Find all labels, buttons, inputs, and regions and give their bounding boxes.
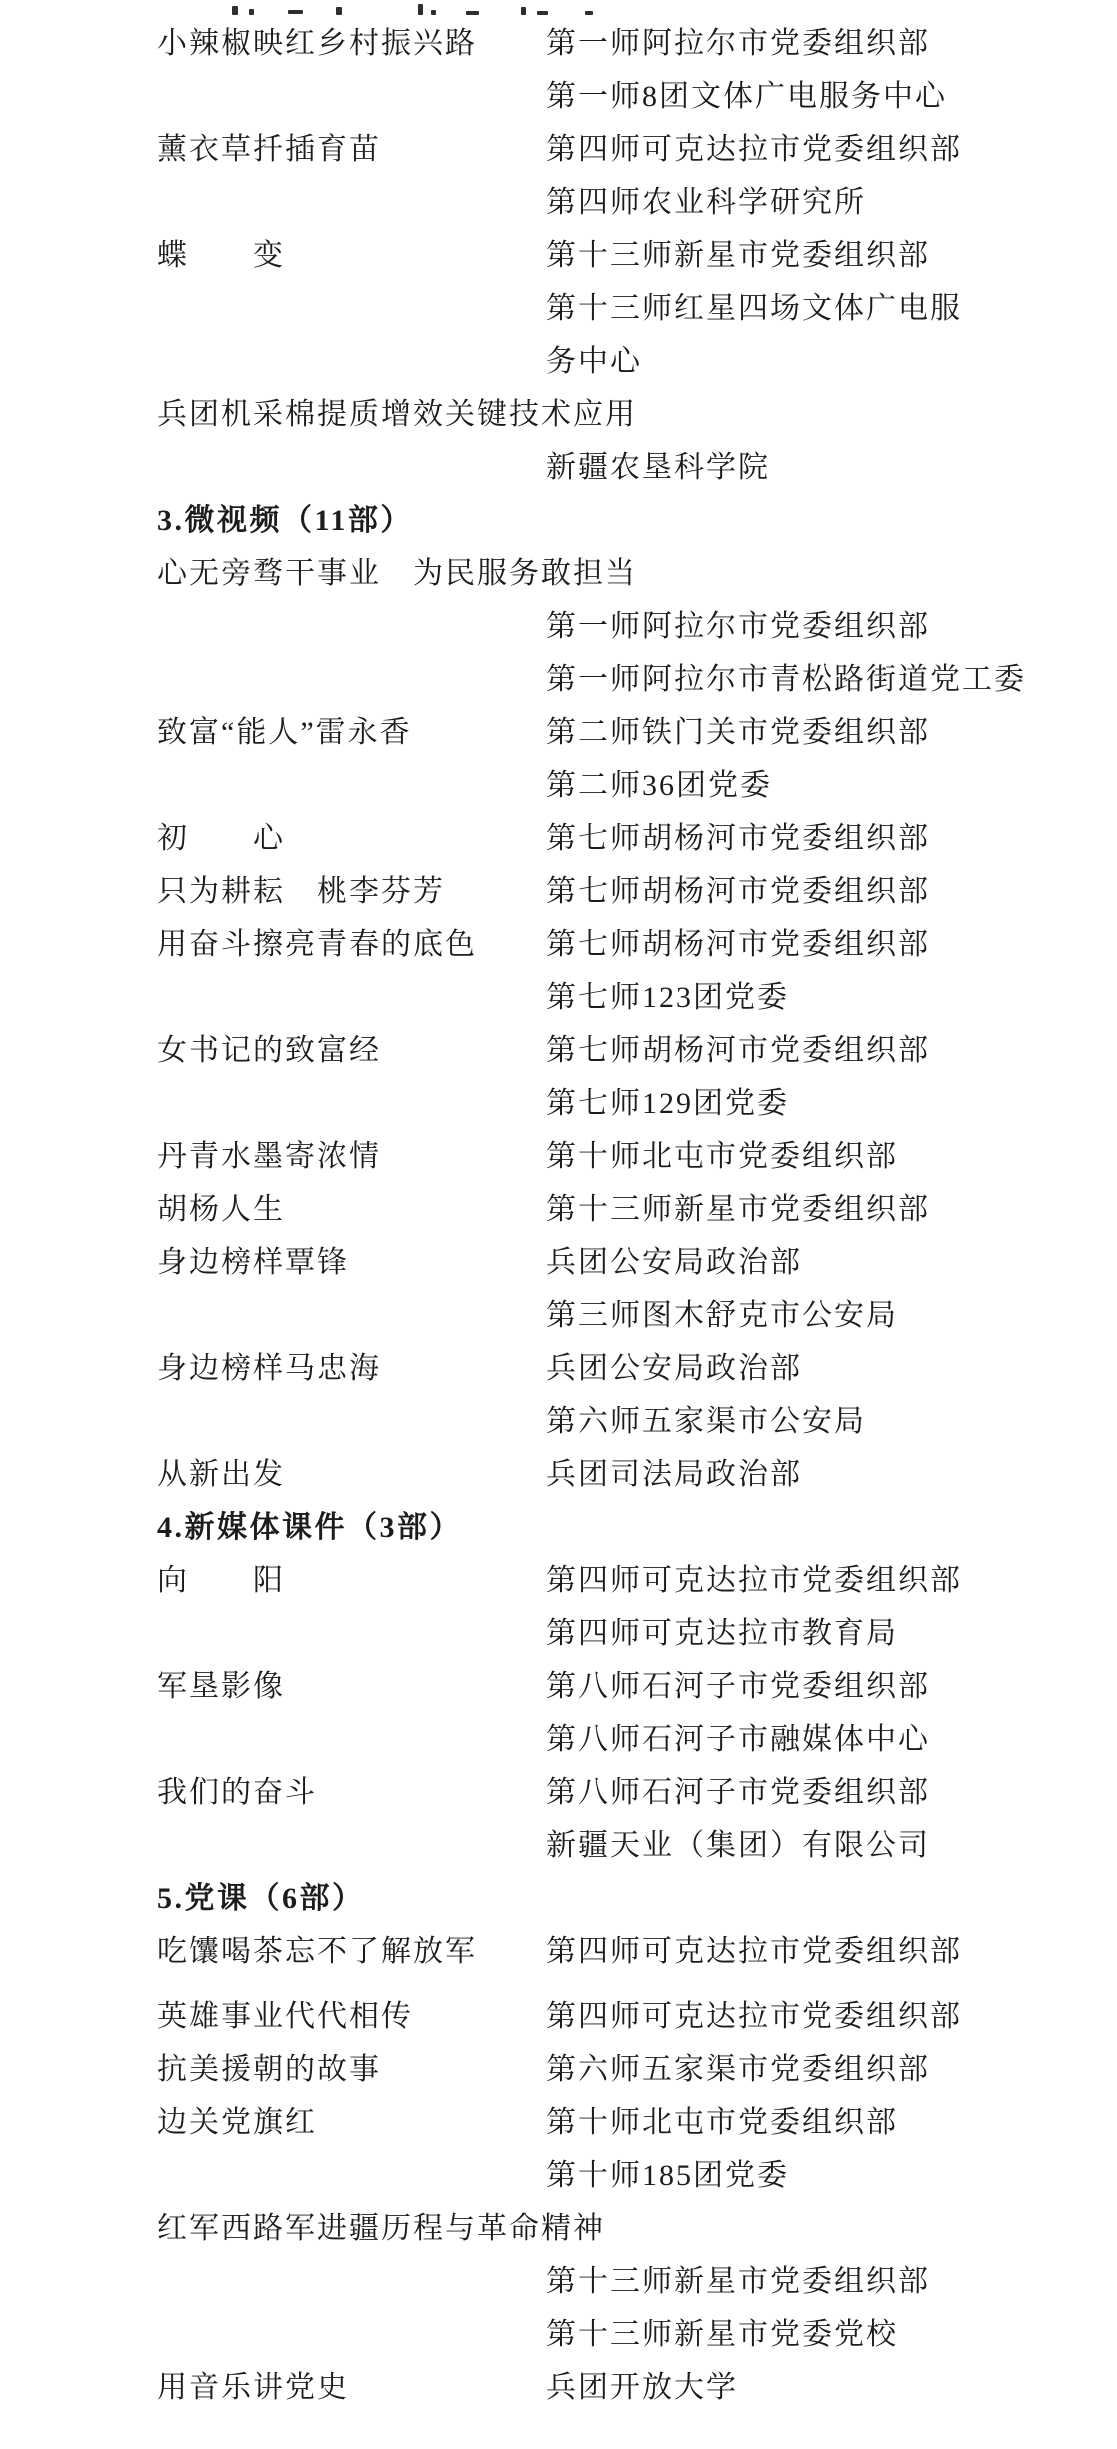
award-row: 蝶 变第十三师新星市党委组织部 [0, 229, 1117, 282]
submitting-organization: 第七师胡杨河市党委组织部 [546, 1036, 930, 1066]
award-row: 吃馕喝茶忘不了解放军第四师可克达拉市党委组织部 [0, 1925, 1117, 1978]
submitting-organization: 第一师8团文体广电服务中心 [546, 82, 947, 112]
submitting-organization: 第七师123团党委 [546, 983, 789, 1013]
award-row: 向 阳第四师可克达拉市党委组织部 [0, 1554, 1117, 1607]
award-row: 兵团机采棉提质增效关键技术应用 [0, 388, 1117, 441]
submitting-organization: 第三师图木舒克市公安局 [546, 1301, 898, 1331]
submitting-organization: 兵团公安局政治部 [546, 1248, 802, 1278]
submitting-organization: 第十师185团党委 [546, 2161, 789, 2191]
section-title: 5.党课（6部） [157, 1884, 365, 1914]
award-row: 第一师阿拉尔市党委组织部 [0, 600, 1117, 653]
section-header-row: 4.新媒体课件（3部） [0, 1501, 1117, 1554]
submitting-organization: 兵团开放大学 [546, 2373, 738, 2403]
submitting-organization: 第七师胡杨河市党委组织部 [546, 877, 930, 907]
award-row: 心无旁骛干事业 为民服务敢担当 [0, 547, 1117, 600]
submitting-organization: 新疆天业（集团）有限公司 [546, 1831, 930, 1861]
submitting-organization: 第十三师新星市党委组织部 [546, 241, 930, 271]
award-row: 胡杨人生第十三师新星市党委组织部 [0, 1183, 1117, 1236]
work-title: 丹青水墨寄浓情 [157, 1142, 381, 1172]
work-title: 兵团机采棉提质增效关键技术应用 [157, 400, 637, 430]
award-row: 从新出发兵团司法局政治部 [0, 1448, 1117, 1501]
award-row: 第四师可克达拉市教育局 [0, 1607, 1117, 1660]
submitting-organization: 第八师石河子市党委组织部 [546, 1778, 930, 1808]
award-row: 第十师185团党委 [0, 2149, 1117, 2202]
submitting-organization: 第四师可克达拉市党委组织部 [546, 1937, 962, 1967]
award-row: 我们的奋斗第八师石河子市党委组织部 [0, 1766, 1117, 1819]
document-page: 小辣椒映红乡村振兴路第一师阿拉尔市党委组织部第一师8团文体广电服务中心薰衣草扦插… [0, 0, 1117, 2449]
section-title: 4.新媒体课件（3部） [157, 1513, 462, 1543]
work-title: 女书记的致富经 [157, 1036, 381, 1066]
submitting-organization: 第二师铁门关市党委组织部 [546, 718, 930, 748]
submitting-organization: 第八师石河子市党委组织部 [546, 1672, 930, 1702]
award-row: 第一师阿拉尔市青松路街道党工委 [0, 653, 1117, 706]
work-title: 英雄事业代代相传 [157, 2002, 413, 2032]
award-row: 第八师石河子市融媒体中心 [0, 1713, 1117, 1766]
submitting-organization: 第六师五家渠市党委组织部 [546, 2055, 930, 2085]
award-row: 抗美援朝的故事第六师五家渠市党委组织部 [0, 2043, 1117, 2096]
award-row: 军垦影像第八师石河子市党委组织部 [0, 1660, 1117, 1713]
award-row: 初 心第七师胡杨河市党委组织部 [0, 812, 1117, 865]
award-row: 英雄事业代代相传第四师可克达拉市党委组织部 [0, 1990, 1117, 2043]
work-title: 边关党旗红 [157, 2108, 317, 2138]
award-row: 第七师123团党委 [0, 971, 1117, 1024]
submitting-organization: 第四师可克达拉市党委组织部 [546, 135, 962, 165]
award-row: 身边榜样马忠海兵团公安局政治部 [0, 1342, 1117, 1395]
work-title: 身边榜样马忠海 [157, 1354, 381, 1384]
award-row: 第六师五家渠市公安局 [0, 1395, 1117, 1448]
work-title: 抗美援朝的故事 [157, 2055, 381, 2085]
award-row: 第四师农业科学研究所 [0, 176, 1117, 229]
award-row: 新疆农垦科学院 [0, 441, 1117, 494]
work-title: 心无旁骛干事业 为民服务敢担当 [157, 559, 637, 589]
work-title: 我们的奋斗 [157, 1778, 317, 1808]
award-row: 第三师图木舒克市公安局 [0, 1289, 1117, 1342]
section-title: 3.微视频（11部） [157, 506, 413, 536]
submitting-organization: 第一师阿拉尔市党委组织部 [546, 612, 930, 642]
award-row: 第十三师新星市党委党校 [0, 2308, 1117, 2361]
submitting-organization: 务中心 [546, 347, 642, 377]
award-row: 第十三师新星市党委组织部 [0, 2255, 1117, 2308]
award-row: 只为耕耘 桃李芬芳第七师胡杨河市党委组织部 [0, 865, 1117, 918]
award-row: 女书记的致富经第七师胡杨河市党委组织部 [0, 1024, 1117, 1077]
submitting-organization: 第六师五家渠市公安局 [546, 1407, 866, 1437]
award-row: 第一师8团文体广电服务中心 [0, 70, 1117, 123]
award-row: 用音乐讲党史兵团开放大学 [0, 2361, 1117, 2414]
work-title: 吃馕喝茶忘不了解放军 [157, 1937, 477, 1967]
submitting-organization: 第四师可克达拉市教育局 [546, 1619, 898, 1649]
submitting-organization: 第八师石河子市融媒体中心 [546, 1725, 930, 1755]
award-list: 小辣椒映红乡村振兴路第一师阿拉尔市党委组织部第一师8团文体广电服务中心薰衣草扦插… [0, 17, 1117, 2414]
submitting-organization: 新疆农垦科学院 [546, 453, 770, 483]
work-title: 初 心 [157, 824, 285, 854]
submitting-organization: 第四师可克达拉市党委组织部 [546, 1566, 962, 1596]
submitting-organization: 第二师36团党委 [546, 771, 772, 801]
work-title: 用奋斗擦亮青春的底色 [157, 930, 477, 960]
submitting-organization: 第四师农业科学研究所 [546, 188, 866, 218]
award-row: 丹青水墨寄浓情第十师北屯市党委组织部 [0, 1130, 1117, 1183]
work-title: 身边榜样覃锋 [157, 1248, 349, 1278]
award-row: 第二师36团党委 [0, 759, 1117, 812]
submitting-organization: 兵团公安局政治部 [546, 1354, 802, 1384]
award-row: 务中心 [0, 335, 1117, 388]
award-row: 身边榜样覃锋兵团公安局政治部 [0, 1236, 1117, 1289]
work-title: 小辣椒映红乡村振兴路 [157, 29, 477, 59]
work-title: 致富“能人”雷永香 [157, 718, 412, 748]
award-row: 小辣椒映红乡村振兴路第一师阿拉尔市党委组织部 [0, 17, 1117, 70]
submitting-organization: 第十三师红星四场文体广电服 [546, 294, 962, 324]
work-title: 从新出发 [157, 1460, 285, 1490]
award-row: 致富“能人”雷永香第二师铁门关市党委组织部 [0, 706, 1117, 759]
work-title: 军垦影像 [157, 1672, 285, 1702]
award-row: 第七师129团党委 [0, 1077, 1117, 1130]
submitting-organization: 第十三师新星市党委党校 [546, 2320, 898, 2350]
submitting-organization: 第十师北屯市党委组织部 [546, 1142, 898, 1172]
submitting-organization: 第一师阿拉尔市青松路街道党工委 [546, 665, 1026, 695]
work-title: 胡杨人生 [157, 1195, 285, 1225]
submitting-organization: 第十三师新星市党委组织部 [546, 2267, 930, 2297]
submitting-organization: 第七师胡杨河市党委组织部 [546, 930, 930, 960]
work-title: 只为耕耘 桃李芬芳 [157, 877, 445, 907]
award-row: 新疆天业（集团）有限公司 [0, 1819, 1117, 1872]
work-title: 向 阳 [157, 1566, 285, 1596]
submitting-organization: 兵团司法局政治部 [546, 1460, 802, 1490]
work-title: 用音乐讲党史 [157, 2373, 349, 2403]
submitting-organization: 第七师129团党委 [546, 1089, 789, 1119]
award-row: 用奋斗擦亮青春的底色第七师胡杨河市党委组织部 [0, 918, 1117, 971]
submitting-organization: 第七师胡杨河市党委组织部 [546, 824, 930, 854]
award-row: 红军西路军进疆历程与革命精神 [0, 2202, 1117, 2255]
cropped-text-remnant [0, 0, 1117, 17]
section-header-row: 5.党课（6部） [0, 1872, 1117, 1925]
work-title: 蝶 变 [157, 241, 285, 271]
work-title: 红军西路军进疆历程与革命精神 [157, 2214, 605, 2244]
submitting-organization: 第十师北屯市党委组织部 [546, 2108, 898, 2138]
work-title: 薰衣草扦插育苗 [157, 135, 381, 165]
submitting-organization: 第四师可克达拉市党委组织部 [546, 2002, 962, 2032]
section-header-row: 3.微视频（11部） [0, 494, 1117, 547]
submitting-organization: 第十三师新星市党委组织部 [546, 1195, 930, 1225]
submitting-organization: 第一师阿拉尔市党委组织部 [546, 29, 930, 59]
award-row: 薰衣草扦插育苗第四师可克达拉市党委组织部 [0, 123, 1117, 176]
award-row: 边关党旗红第十师北屯市党委组织部 [0, 2096, 1117, 2149]
award-row: 第十三师红星四场文体广电服 [0, 282, 1117, 335]
